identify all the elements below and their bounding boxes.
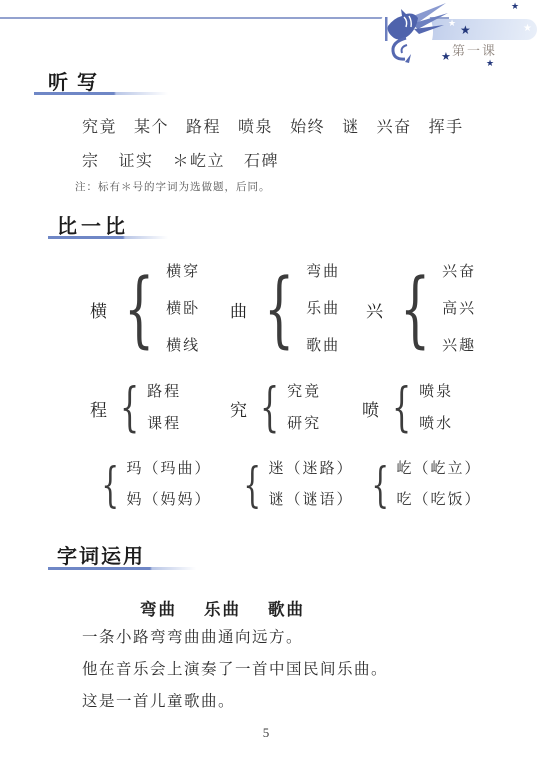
dictation-word: 喷泉	[238, 114, 273, 137]
compare-leader: 程	[90, 396, 107, 421]
compare-group: 喷 { 喷泉 喷水	[362, 376, 453, 440]
compare-leader: 曲	[230, 297, 247, 322]
usage-word-row: 弯曲 乐曲 歌曲	[140, 596, 305, 620]
section-title-compare: 比一比	[57, 210, 129, 239]
usage-sentence: 这是一首儿童歌曲。	[82, 686, 388, 718]
section-title-usage: 字词运用	[57, 540, 145, 569]
dictation-word: 宗	[82, 148, 100, 171]
compare-leader: 喷	[362, 396, 379, 421]
compare-group: 曲 { 弯曲 乐曲 歌曲	[230, 254, 340, 365]
dictation-word: 究竟	[82, 114, 117, 137]
compare-word: 谜（谜语）	[269, 485, 354, 516]
section-underline	[34, 92, 168, 95]
dictation-word: 谜	[342, 114, 360, 137]
usage-word: 歌曲	[268, 596, 305, 620]
brace-glyph: {	[124, 269, 154, 351]
star-icon: ★	[511, 3, 519, 12]
compare-word: 喷水	[419, 408, 453, 440]
compare-items: 屹（屹立） 吃（吃饭）	[397, 454, 482, 516]
usage-sentences: 一条小路弯弯曲曲通向远方。 他在音乐会上演奏了一首中国民间乐曲。 这是一首儿童歌…	[82, 622, 388, 718]
compare-word: 高兴	[442, 291, 476, 328]
section-title-dictation: 听写	[48, 66, 106, 95]
dictation-word: ＊屹立	[173, 148, 226, 171]
compare-items: 兴奋 高兴 兴趣	[442, 254, 476, 365]
compare-word: 横卧	[166, 291, 200, 328]
compare-word: 玛（玛曲）	[127, 454, 212, 485]
dictation-note: 注：标有＊号的字词为选做题，后同。	[75, 179, 271, 194]
usage-word: 弯曲	[140, 596, 177, 620]
compare-leader: 横	[90, 297, 107, 322]
dictation-row-1: 究竟 某个 路程 喷泉 始终 谜 兴奋 挥手	[82, 114, 464, 137]
dictation-row-2: 宗 证实 ＊屹立 石碑	[82, 148, 279, 171]
compare-word: 路程	[147, 376, 181, 408]
compare-word: 兴奋	[442, 254, 476, 291]
compare-items: 横穿 横卧 横线	[166, 254, 200, 365]
compare-word: 屹（屹立）	[397, 454, 482, 485]
compare-word: 迷（迷路）	[269, 454, 354, 485]
brace-glyph: {	[243, 461, 261, 509]
compare-group: 兴 { 兴奋 高兴 兴趣	[366, 254, 476, 365]
compare-group: { 迷（迷路） 谜（谜语）	[236, 454, 354, 516]
compare-word: 课程	[147, 408, 181, 440]
dictation-word: 某个	[134, 114, 169, 137]
brace-glyph: {	[101, 461, 119, 509]
compare-items: 弯曲 乐曲 歌曲	[306, 254, 340, 365]
compare-items: 路程 课程	[147, 376, 181, 440]
usage-sentence: 他在音乐会上演奏了一首中国民间乐曲。	[82, 654, 388, 686]
pegasus-logo-icon	[378, 0, 450, 70]
brace-glyph: {	[371, 461, 389, 509]
brace-glyph: {	[120, 382, 139, 434]
workbook-page: ★ ★ ★ ★ ★ ★ 第一课 听写 究竟 某个 路程 喷泉 始终 谜 兴奋 挥…	[0, 0, 542, 757]
dictation-word: 始终	[290, 114, 325, 137]
compare-word: 喷泉	[419, 376, 453, 408]
dictation-word: 路程	[186, 114, 221, 137]
dictation-word: 石碑	[244, 148, 279, 171]
compare-group: 程 { 路程 课程	[90, 376, 181, 440]
compare-group: 横 { 横穿 横卧 横线	[90, 254, 200, 365]
usage-sentence: 一条小路弯弯曲曲通向远方。	[82, 622, 388, 654]
brace-glyph: {	[392, 382, 411, 434]
section-underline	[48, 236, 168, 239]
compare-word: 究竟	[287, 376, 321, 408]
dictation-word: 兴奋	[377, 114, 412, 137]
compare-word: 吃（吃饭）	[397, 485, 482, 516]
compare-word: 歌曲	[306, 328, 340, 365]
compare-group: { 玛（玛曲） 妈（妈妈）	[94, 454, 212, 516]
compare-word: 弯曲	[306, 254, 340, 291]
compare-word: 乐曲	[306, 291, 340, 328]
brace-glyph: {	[260, 382, 279, 434]
star-icon: ★	[448, 20, 456, 29]
compare-word: 横穿	[166, 254, 200, 291]
brace-glyph: {	[264, 269, 294, 351]
star-icon: ★	[441, 51, 451, 62]
compare-items: 喷泉 喷水	[419, 376, 453, 440]
compare-group: 究 { 究竟 研究	[230, 376, 321, 440]
star-icon: ★	[523, 24, 532, 34]
compare-items: 迷（迷路） 谜（谜语）	[269, 454, 354, 516]
compare-word: 妈（妈妈）	[127, 485, 212, 516]
brace-glyph: {	[400, 269, 430, 351]
page-number: 5	[240, 725, 292, 741]
dictation-word: 挥手	[429, 114, 464, 137]
compare-word: 横线	[166, 328, 200, 365]
star-icon: ★	[486, 60, 494, 69]
lesson-title: 第一课	[452, 40, 497, 59]
star-icon: ★	[460, 24, 471, 36]
compare-items: 究竟 研究	[287, 376, 321, 440]
compare-word: 研究	[287, 408, 321, 440]
compare-leader: 究	[230, 396, 247, 421]
dictation-word: 证实	[119, 148, 154, 171]
compare-items: 玛（玛曲） 妈（妈妈）	[127, 454, 212, 516]
compare-group: { 屹（屹立） 吃（吃饭）	[364, 454, 482, 516]
compare-leader: 兴	[366, 297, 383, 322]
section-underline	[48, 567, 196, 570]
usage-word: 乐曲	[204, 596, 241, 620]
compare-word: 兴趣	[442, 328, 476, 365]
